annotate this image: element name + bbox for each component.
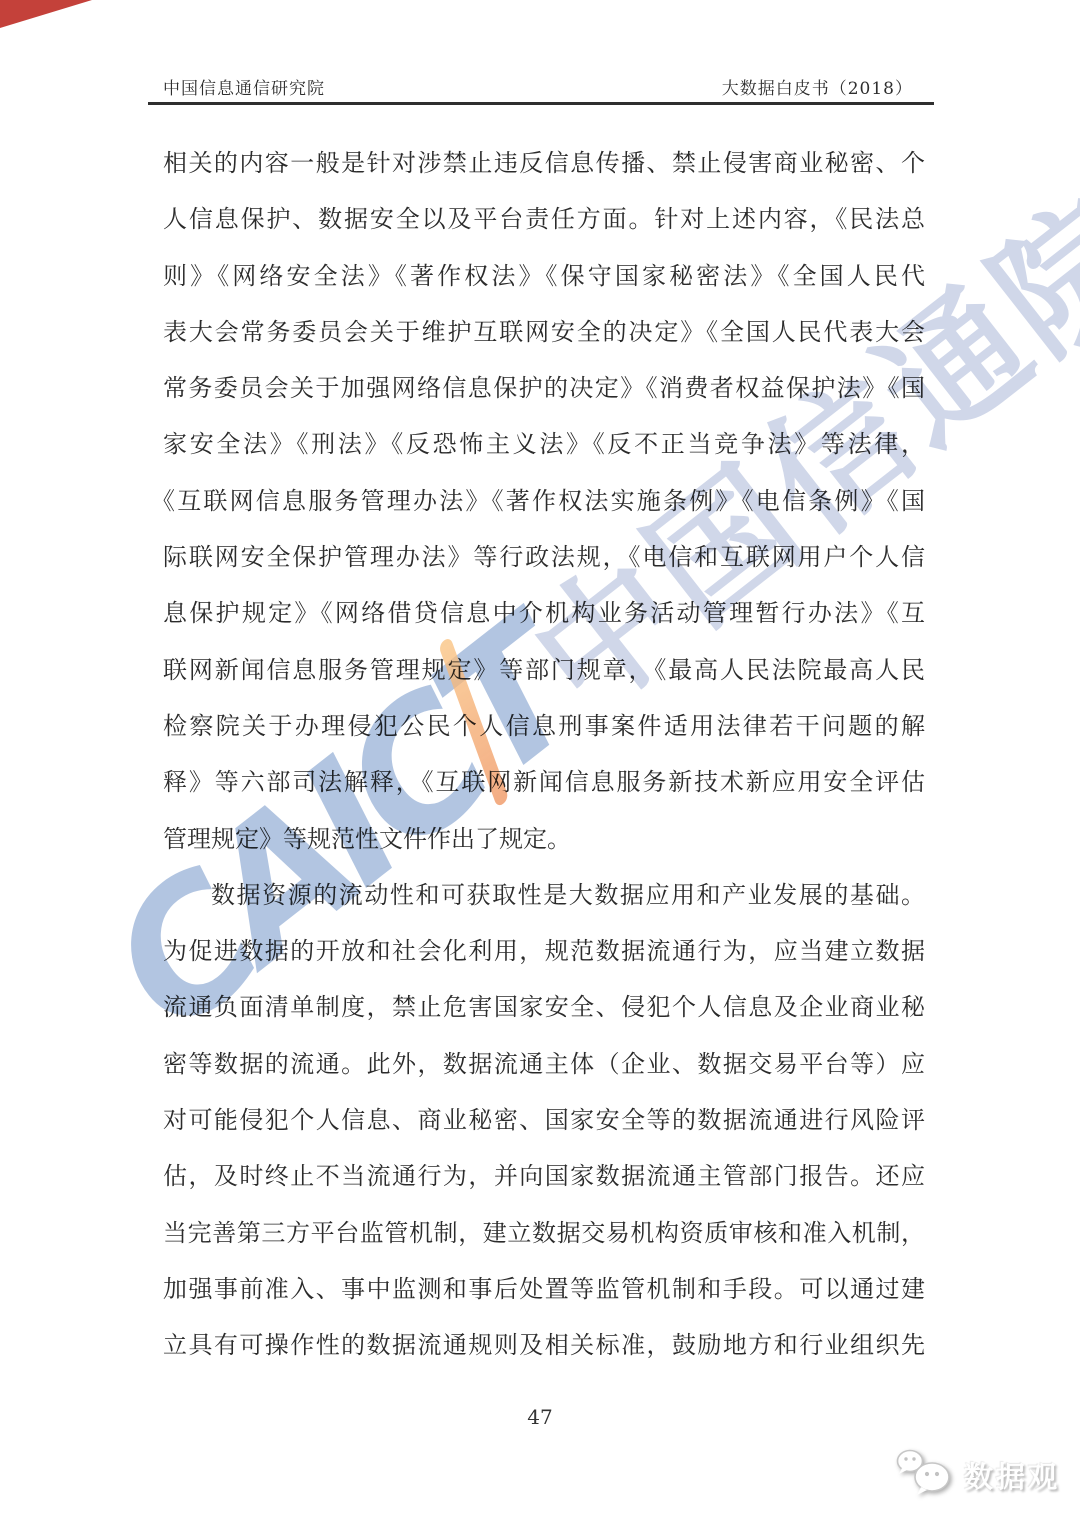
paragraph1-line: 检察院关于办理侵犯公民个人信息刑事案件适用法律若干问题的解: [163, 698, 925, 754]
paragraph2-line: 加强事前准入、事中监测和事后处置等监管机制和手段。可以通过建: [163, 1261, 925, 1317]
paragraph2-line: 数据资源的流动性和可获取性是大数据应用和产业发展的基础。: [163, 867, 925, 923]
paragraph1-line: 表大会常务委员会关于维护互联网安全的决定》《全国人民代表大会: [163, 304, 925, 360]
paragraph2-line: 为促进数据的开放和社会化利用，规范数据流通行为，应当建立数据: [163, 923, 925, 979]
paragraph1-line: 相关的内容一般是针对涉禁止违反信息传播、禁止侵害商业秘密、个: [163, 135, 925, 191]
paragraph2-line: 立具有可操作性的数据流通规则及相关标准，鼓励地方和行业组织先: [163, 1317, 925, 1373]
document-page: 中国信息通信研究院 大数据白皮书（2018） 相关的内容一般是针对涉禁止违反信息…: [0, 0, 1080, 1526]
paragraph2-line: 密等数据的流通。此外，数据流通主体（企业、数据交易平台等）应: [163, 1036, 925, 1092]
header-divider: [148, 102, 934, 105]
page-number: 47: [0, 1405, 1080, 1429]
paragraph1-line: 则》《网络安全法》《著作权法》《保守国家秘密法》《全国人民代: [163, 248, 925, 304]
paragraph2-line: 估，及时终止不当流通行为，并向国家数据流通主管部门报告。还应: [163, 1148, 925, 1204]
paragraph1-line: 息保护规定》《网络借贷信息中介机构业务活动管理暂行办法》《互: [163, 585, 925, 641]
paragraph1-line: 人信息保护、数据安全以及平台责任方面。针对上述内容，《民法总: [163, 191, 925, 247]
body-text: 相关的内容一般是针对涉禁止违反信息传播、禁止侵害商业秘密、个 人信息保护、数据安…: [163, 135, 925, 1374]
paragraph1-line: 际联网安全保护管理办法》等行政法规，《电信和互联网用户个人信: [163, 529, 925, 585]
paragraph2-line: 对可能侵犯个人信息、商业秘密、国家安全等的数据流通进行风险评: [163, 1092, 925, 1148]
paragraph2-line: 流通负面清单制度，禁止危害国家安全、侵犯个人信息及企业商业秘: [163, 979, 925, 1035]
chat-bubbles-icon: [893, 1446, 957, 1504]
paragraph1-line: 释》等六部司法解释，《互联网新闻信息服务新技术新应用安全评估: [163, 754, 925, 810]
paragraph1-line: 联网新闻信息服务管理规定》等部门规章，《最高人民法院最高人民: [163, 642, 925, 698]
paragraph1-line: 《互联网信息服务管理办法》《著作权法实施条例》《电信条例》《国: [151, 473, 925, 529]
header-organization: 中国信息通信研究院: [163, 74, 325, 99]
header-document-title: 大数据白皮书（2018）: [722, 74, 913, 99]
brand-logo: 数据观: [893, 1446, 1060, 1504]
paragraph1-line: 管理规定》等规范性文件作出了规定。: [163, 811, 925, 867]
brand-name: 数据观: [964, 1455, 1060, 1496]
paragraph2-line: 当完善第三方平台监管机制，建立数据交易机构资质审核和准入机制，: [163, 1205, 925, 1261]
paragraph1-line: 常务委员会关于加强网络信息保护的决定》《消费者权益保护法》《国: [163, 360, 925, 416]
corner-ribbon: [0, 0, 92, 28]
paragraph1-line: 家安全法》《刑法》《反恐怖主义法》《反不正当竞争法》等法律，: [163, 416, 925, 472]
